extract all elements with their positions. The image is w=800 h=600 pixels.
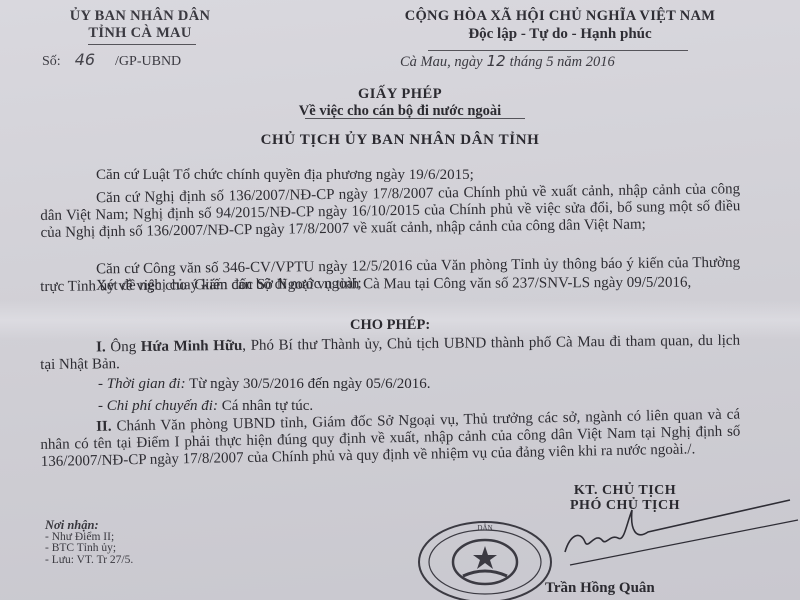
legal-basis-text: Xét đề nghị của Giám đốc Sở Ngoại vụ tỉn… [40,274,740,295]
travel-time-label: - Thời gian đi: [98,376,186,392]
person-name: Hứa Minh Hữu [141,338,243,355]
legal-basis-2: Căn cứ Nghị định số 136/2007/NĐ-CP ngày … [40,181,741,242]
country-name: CỘNG HÒA XÃ HỘI CHỦ NGHĨA VIỆT NAM [345,8,775,25]
motto: Độc lập - Tự do - Hạnh phúc [345,25,775,43]
recipients-heading: Nơi nhận: [45,520,133,532]
travel-cost-value: Cá nhân tự túc. [222,398,313,414]
document-title: GIẤY PHÉP Về việc cho cán bộ đi nước ngo… [150,86,650,120]
date-suffix: tháng 5 năm 2016 [510,54,615,70]
legal-basis-4: Xét đề nghị của Giám đốc Sở Ngoại vụ tỉn… [40,274,740,295]
document-number: Số:46/GP-UBND [42,50,181,70]
signer-name: Trần Hồng Quân [545,580,655,597]
decision-heading: CHO PHÉP: [350,317,430,334]
travel-cost: - Chi phí chuyến đi: Cá nhân tự túc. [98,398,313,415]
issuing-authority: CHỦ TỊCH ỦY BAN NHÂN DÂN TỈNH [150,132,650,149]
agency-underline [88,44,196,45]
doc-number-suffix: /GP-UBND [115,54,181,69]
place-date: Cà Mau, ngày12tháng 5 năm 2016 [400,52,615,71]
travel-cost-label: - Chi phí chuyến đi: [98,398,218,414]
section-2-number: II. [96,419,112,435]
section-1-number: I. [96,339,106,355]
title-underline [305,118,525,119]
national-motto: CỘNG HÒA XÃ HỘI CHỦ NGHĨA VIỆT NAM Độc l… [345,8,775,43]
section-2: II. Chánh Văn phòng UBND tỉnh, Giám đốc … [40,407,741,471]
agency-line2: TỈNH CÀ MAU [40,25,240,42]
legal-basis-text: Căn cứ Luật Tổ chức chính quyền địa phươ… [40,167,740,184]
date-prefix: Cà Mau, ngày [400,54,483,70]
section-1: I. Ông Hứa Minh Hữu, Phó Bí thư Thành ủy… [40,333,740,374]
doc-number-handwritten: 46 [75,50,95,69]
recipient-item: - BTC Tỉnh ủy; [45,543,133,555]
travel-time: - Thời gian đi: Từ ngày 30/5/2016 đến ng… [98,376,431,393]
doc-number-label: Số: [42,54,61,69]
legal-basis-1: Căn cứ Luật Tổ chức chính quyền địa phươ… [40,167,740,184]
document-page: ỦY BAN NHÂN DÂN TỈNH CÀ MAU Số:46/GP-UBN… [0,0,800,600]
date-day-handwritten: 12 [487,52,506,70]
legal-basis-text: Căn cứ Nghị định số 136/2007/NĐ-CP ngày … [40,181,741,242]
section-1-prefix: Ông [110,339,136,355]
section-2-text: Chánh Văn phòng UBND tỉnh, Giám đốc Sở N… [40,407,740,470]
seal-text: DÂN [477,524,492,532]
motto-underline [428,50,688,51]
doc-type: GIẤY PHÉP [150,86,650,103]
recipient-item: - Lưu: VT. Tr 27/5. [45,555,133,567]
recipients-block: Nơi nhận: - Như Điểm II; - BTC Tỉnh ủy; … [45,520,133,566]
travel-time-value: Từ ngày 30/5/2016 đến ngày 05/6/2016. [189,376,430,392]
agency-line1: ỦY BAN NHÂN DÂN [40,8,240,25]
issuing-agency: ỦY BAN NHÂN DÂN TỈNH CÀ MAU [40,8,240,42]
signature-mark-icon [540,490,800,580]
